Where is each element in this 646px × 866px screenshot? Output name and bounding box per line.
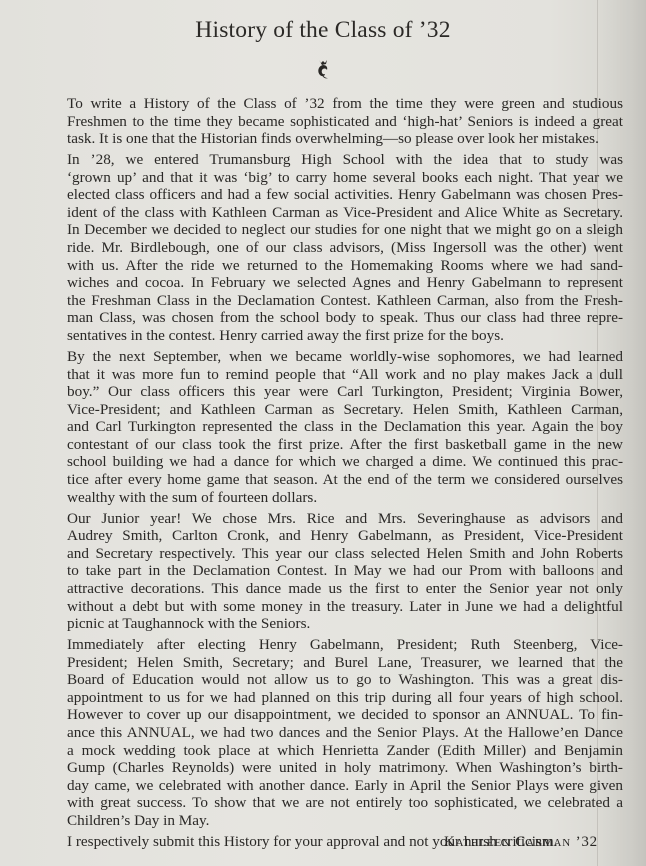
- history-body: To write a History of the Class of ’32 f…: [30, 95, 623, 854]
- text-line: attractive decorations. This dance made …: [30, 580, 623, 598]
- text-line: appointment to us for we had planned on …: [30, 689, 623, 707]
- text-line: ‘grown up’ and that it was ‘big’ to carr…: [30, 169, 623, 187]
- text-line: day came, we celebrated with another dan…: [30, 777, 623, 795]
- text-line: Board of Education would not allow us to…: [30, 671, 623, 689]
- text-line: ride. Mr. Birdlebough, one of our class …: [30, 239, 623, 257]
- text-line: To write a History of the Class of ’32 f…: [30, 95, 623, 113]
- text-line: ance this ANNUAL, we had two dances and …: [30, 724, 623, 742]
- text-line: and Carl Turkington represented the clas…: [30, 418, 623, 436]
- text-line: that it was more fun to remind people th…: [30, 366, 623, 384]
- text-line: tice after every home game that season. …: [30, 471, 623, 489]
- text-line: Audrey Smith, Carlton Cronk, and Henry G…: [30, 527, 623, 545]
- text-line: a mock wedding took place at which Henri…: [30, 742, 623, 760]
- yearbook-page: History of the Class of ’32 To write a H…: [0, 0, 646, 866]
- text-line: Gump (Charles Reynolds) were united in h…: [30, 759, 623, 777]
- text-line: without a debt but with some money in th…: [30, 598, 623, 616]
- paragraph-junior-year: Our Junior year! We chose Mrs. Rice and …: [30, 510, 623, 633]
- text-line: task. It is one that the Historian finds…: [30, 130, 623, 148]
- paragraph-intro: To write a History of the Class of ’32 f…: [30, 95, 623, 148]
- text-line: picnic at Taughannock with the Seniors.: [30, 615, 623, 633]
- text-line: man Class, was chosen from the school bo…: [30, 309, 623, 327]
- paragraph-freshman-year: In ’28, we entered Trumansburg High Scho…: [30, 151, 623, 345]
- text-line: Immediately after electing Henry Gabelma…: [30, 636, 623, 654]
- author-signature: Kathleen Carman ’32: [0, 834, 598, 851]
- text-line: to take part in the Declamation Contest.…: [30, 562, 623, 580]
- text-line: President; Helen Smith, Secretary; and B…: [30, 654, 623, 672]
- text-line: boy.” Our class officers this year were …: [30, 383, 623, 401]
- text-line: the Freshman Class in the Declamation Co…: [30, 292, 623, 310]
- text-line: wealthy with the sum of fourteen dollars…: [30, 489, 623, 507]
- text-line: contestant of our class took the first p…: [30, 436, 623, 454]
- text-line: and Secretary respectively. This year ou…: [30, 545, 623, 563]
- text-line: By the next September, when we became wo…: [30, 348, 623, 366]
- text-line: In ’28, we entered Trumansburg High Scho…: [30, 151, 623, 169]
- text-line: with great success. To show that we are …: [30, 794, 623, 812]
- text-line: sentatives in the contest. Henry carried…: [30, 327, 623, 345]
- text-line: Vice-President; and Kathleen Carman as S…: [30, 401, 623, 419]
- text-line: ident of the class with Kathleen Carman …: [30, 204, 623, 222]
- text-line: wiches and cocoa. In February we selecte…: [30, 274, 623, 292]
- text-line: with us. After the ride we returned to t…: [30, 257, 623, 275]
- text-line: Freshmen to the time they became sophist…: [30, 113, 623, 131]
- text-line: elected class officers and had a few soc…: [30, 186, 623, 204]
- text-line: Children’s Day in May.: [30, 812, 623, 830]
- text-line: In December we decided to neglect our st…: [30, 221, 623, 239]
- floral-ornament-icon: [313, 58, 333, 82]
- text-line: However to cover up our disappointment, …: [30, 706, 623, 724]
- text-line: Our Junior year! We chose Mrs. Rice and …: [30, 510, 623, 528]
- page-title: History of the Class of ’32: [0, 17, 646, 44]
- paragraph-sophomore-year: By the next September, when we became wo…: [30, 348, 623, 506]
- text-line: school building we had a dance for which…: [30, 453, 623, 471]
- paragraph-senior-year: Immediately after electing Henry Gabelma…: [30, 636, 623, 830]
